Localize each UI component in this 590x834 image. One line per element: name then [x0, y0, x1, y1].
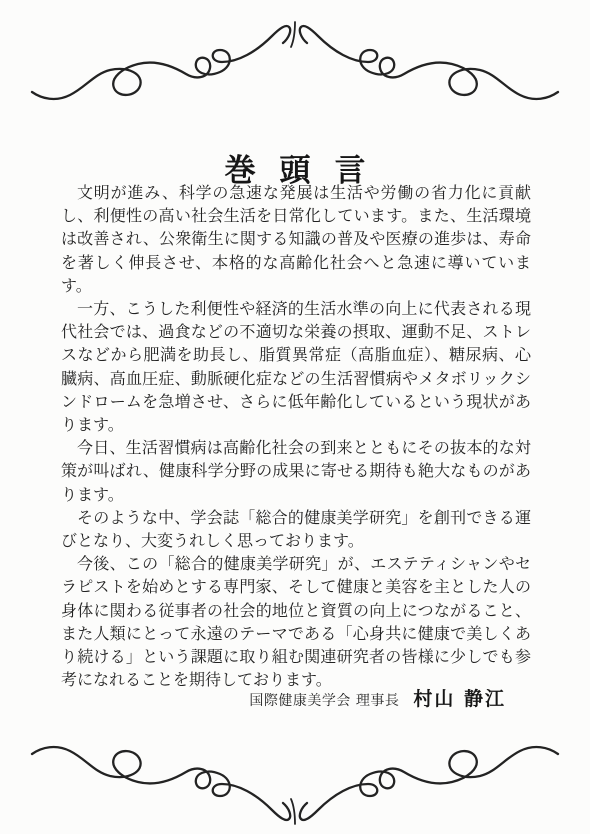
document-page: 巻頭言 文明が進み、科学の急速な発展は生活や労働の省力化に貢献し、利便性の高い社… — [0, 0, 590, 834]
paragraph-2: 一方、こうした利便性や経済的生活水準の向上に代表される現代社会では、過食などの不… — [61, 297, 531, 436]
signature-name: 村山 静江 — [413, 684, 506, 711]
body-text: 文明が進み、科学の急速な発展は生活や労働の省力化に貢献し、利便性の高い社会生活を… — [61, 181, 531, 691]
paragraph-3: 今日、生活習慣病は高齢化社会の到来とともにその抜本的な対策が叫ばれ、健康科学分野… — [61, 436, 531, 506]
signature-line: 国際健康美学会 理事長 村山 静江 — [249, 684, 506, 711]
paragraph-4: そのような中、学会誌「総合的健康美学研究」を創刊できる運びとなり、大変うれしく思… — [61, 506, 531, 552]
top-flourish-ornament-icon — [26, 12, 564, 104]
paragraph-1: 文明が進み、科学の急速な発展は生活や労働の省力化に貢献し、利便性の高い社会生活を… — [61, 181, 531, 297]
signature-affiliation: 国際健康美学会 理事長 — [249, 690, 399, 710]
bottom-flourish-ornament-icon — [26, 742, 564, 834]
paragraph-5: 今後、この「総合的健康美学研究」が、エステティシャンやセラピストを始めとする専門… — [61, 552, 531, 691]
